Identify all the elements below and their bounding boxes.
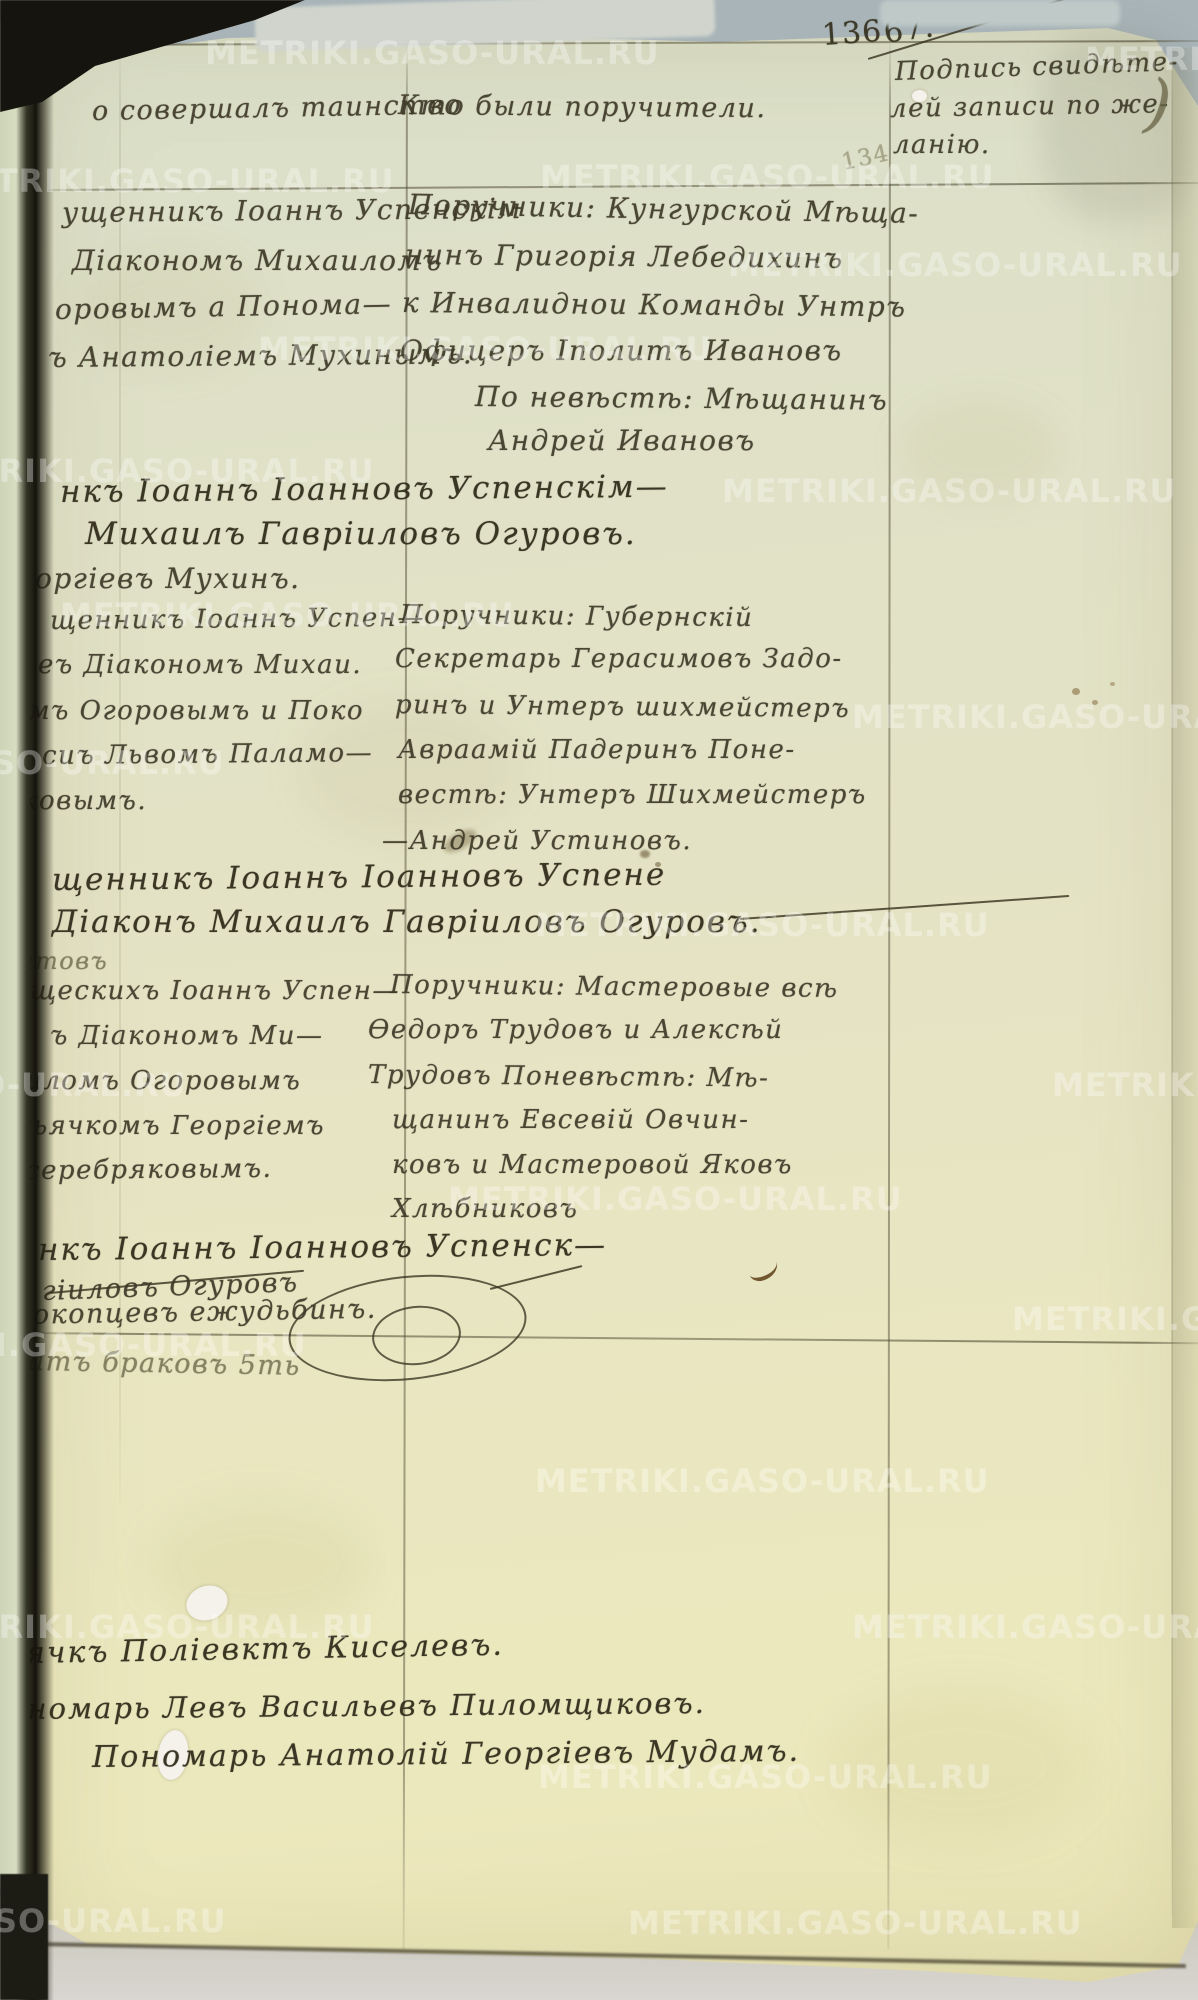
scanned-register-page-photo: 13667.134о совершалъ таинствоКто были по… xyxy=(0,0,1198,2000)
book-spine-shadow xyxy=(16,22,54,2000)
bottom-left-binding xyxy=(0,1874,48,2000)
background-paper-top xyxy=(880,0,1120,26)
edge-fragment-layer: лмсквъалмипотеванълоресъмиов xyxy=(0,0,1198,2000)
